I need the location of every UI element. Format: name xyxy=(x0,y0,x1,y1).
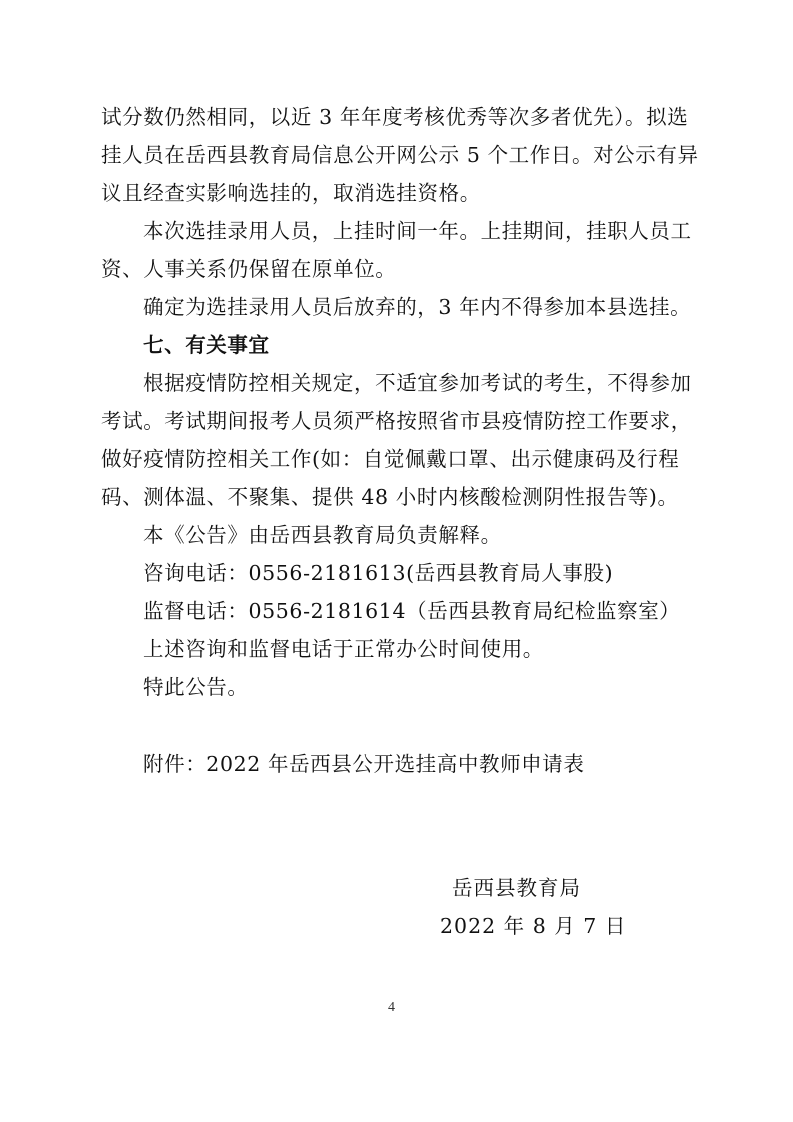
paragraph-line: 根据疫情防控相关规定，不适宜参加考试的考生，不得参加 xyxy=(143,371,693,395)
paragraph-line: 试分数仍然相同，以近 3 年年度考核优秀等次多者优先）。拟选 xyxy=(101,105,693,129)
supervise-phone: 监督电话：0556-2181614（岳西县教育局纪检监察室） xyxy=(143,599,693,623)
paragraph-line: 上述咨询和监督电话于正常办公时间使用。 xyxy=(143,637,693,661)
document-page: 试分数仍然相同，以近 3 年年度考核优秀等次多者优先）。拟选 挂人员在岳西县教育… xyxy=(0,0,793,1122)
closing-line: 特此公告。 xyxy=(143,675,693,699)
page-number: 4 xyxy=(388,1000,395,1016)
paragraph-line: 挂人员在岳西县教育局信息公开网公示 5 个工作日。对公示有异 xyxy=(101,143,693,167)
signature-organization: 岳西县教育局 xyxy=(452,876,581,900)
paragraph-line: 做好疫情防控相关工作(如：自觉佩戴口罩、出示健康码及行程 xyxy=(101,447,693,471)
attachment-line: 附件：2022 年岳西县公开选挂高中教师申请表 xyxy=(143,752,693,776)
paragraph-line: 码、测体温、不聚集、提供 48 小时内核酸检测阴性报告等)。 xyxy=(101,485,693,509)
paragraph-line: 议且经查实影响选挂的，取消选挂资格。 xyxy=(101,181,693,205)
paragraph-line: 资、人事关系仍保留在原单位。 xyxy=(101,257,693,281)
consult-phone: 咨询电话：0556-2181613(岳西县教育局人事股) xyxy=(143,561,693,585)
paragraph-line: 考试。考试期间报考人员须严格按照省市县疫情防控工作要求， xyxy=(101,409,693,433)
paragraph-line: 确定为选挂录用人员后放弃的，3 年内不得参加本县选挂。 xyxy=(143,295,693,319)
paragraph-line: 本《公告》由岳西县教育局负责解释。 xyxy=(143,523,693,547)
paragraph-line: 本次选挂录用人员，上挂时间一年。上挂期间，挂职人员工 xyxy=(143,219,693,243)
signature-date: 2022 年 8 月 7 日 xyxy=(440,914,626,938)
section-heading: 七、有关事宜 xyxy=(143,333,693,357)
